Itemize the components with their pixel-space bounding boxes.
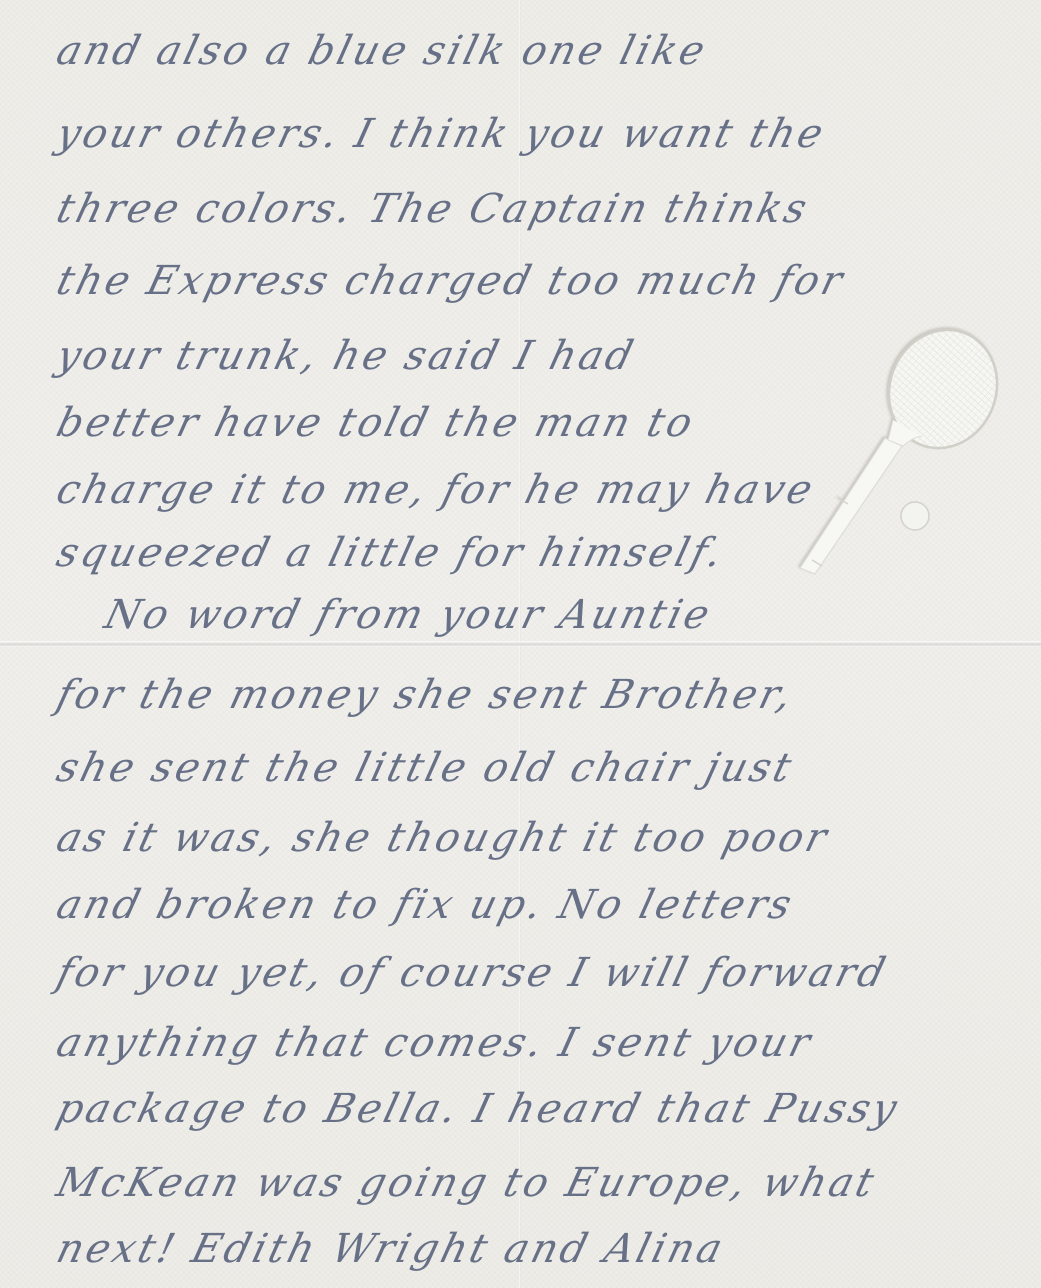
tennis-ball-icon xyxy=(901,502,929,530)
letter-line-3: three colors. The Captain thinks xyxy=(52,186,814,232)
letter-line-12: as it was, she thought it too poor xyxy=(52,815,834,861)
horizontal-fold-crease xyxy=(0,641,1041,647)
letter-line-10: for the money she sent Brother, xyxy=(52,672,799,718)
letter-line-18: next! Edith Wright and Alina xyxy=(52,1226,730,1272)
letter-line-15: anything that comes. I sent your xyxy=(52,1020,818,1066)
letter-line-17: McKean was going to Europe, what xyxy=(52,1160,881,1206)
letter-line-16: package to Bella. I heard that Pussy xyxy=(52,1086,904,1132)
letter-line-4: the Express charged too much for xyxy=(52,258,850,304)
letter-line-8: squeezed a little for himself. xyxy=(52,530,730,576)
letter-line-6: better have told the man to xyxy=(52,400,700,446)
letter-line-1: and also a blue silk one like xyxy=(52,28,712,74)
letter-line-2: your others. I think you want the xyxy=(52,111,831,157)
letter-line-9: No word from your Auntie xyxy=(100,592,717,638)
letter-line-14: for you yet, of course I will forward xyxy=(52,950,893,996)
letter-line-11: she sent the little old chair just xyxy=(52,745,799,791)
letter-line-7: charge it to me, for he may have xyxy=(52,467,820,513)
letter-line-13: and broken to fix up. No letters xyxy=(52,882,799,928)
letter-page: and also a blue silk one like your other… xyxy=(0,0,1041,1288)
letter-line-5: your trunk, he said I had xyxy=(52,333,641,379)
